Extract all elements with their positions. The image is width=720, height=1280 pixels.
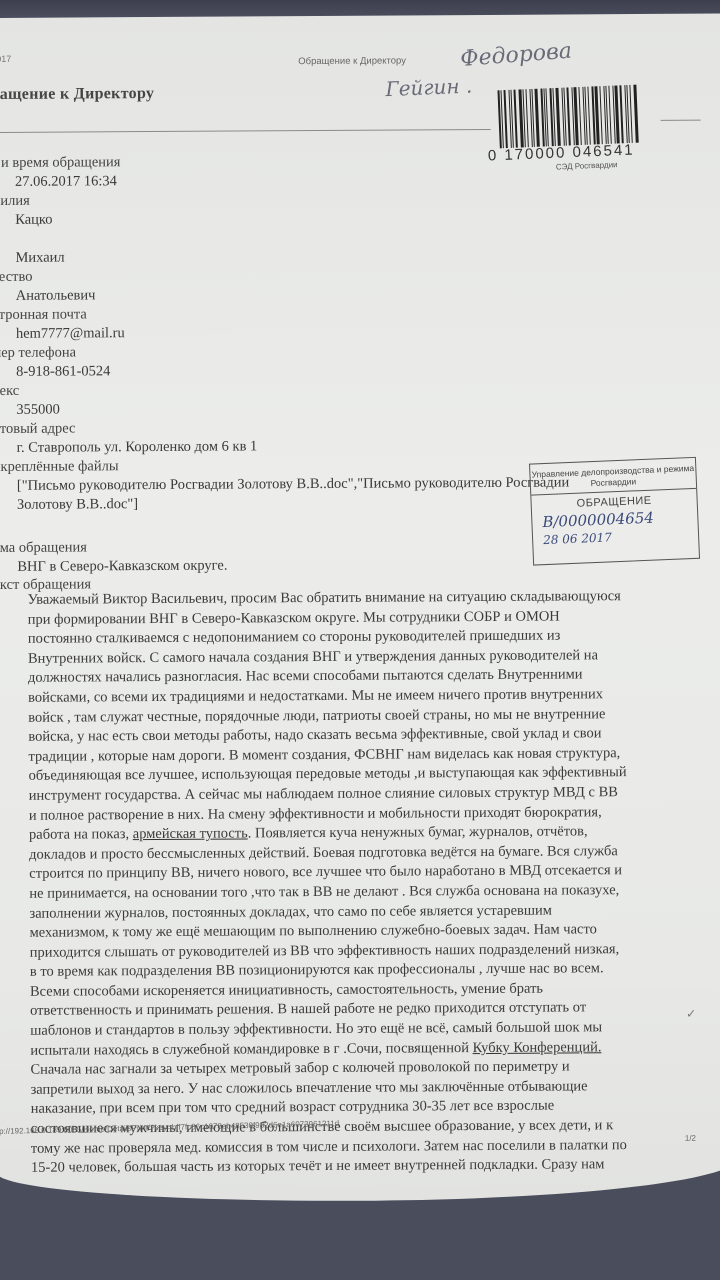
header-center-label: Обращение к Директору	[298, 55, 406, 67]
footer-page-number: 1/2	[685, 1134, 696, 1143]
underlined-phrase: Кубку Конференций.	[473, 1039, 602, 1056]
printed-document: 017 Обращение к Директору Федорова Гейги…	[0, 13, 720, 1202]
applicant-fields: а и время обращения 27.06.2017 16:34 мил…	[0, 150, 587, 515]
registration-stamp: Управление делопроизводства и режима Рос…	[529, 457, 700, 566]
stamp-header: Управление делопроизводства и режима Рос…	[530, 463, 696, 492]
handwritten-note-1: Федорова	[459, 39, 572, 72]
body-line: не принимается, на основании того ,что т…	[29, 881, 684, 905]
underlined-phrase: армейская тупость	[133, 826, 248, 843]
body-line: Уважаемый Виктор Васильевич, просим Вас …	[27, 587, 682, 611]
handwritten-note-2: Гейгин .	[385, 74, 473, 102]
subject-label: ема обращения	[0, 538, 227, 558]
subject-value: ВНГ в Северо-Кавказском округе.	[0, 557, 228, 577]
checkmark-icon: ✓	[686, 1007, 696, 1022]
body-line: в то время как подразделения ВВ позицион…	[30, 959, 685, 983]
document-title: ращение к Директору	[0, 85, 154, 104]
field-value-attachments: ["Письмо руководителю Росгвадии Золотову…	[0, 473, 587, 515]
appeal-body-text: Уважаемый Виктор Васильевич, просим Вас …	[27, 587, 686, 1179]
title-divider-right	[661, 120, 701, 121]
title-divider	[0, 129, 491, 133]
barcode-icon	[497, 85, 639, 149]
subject-section: ема обращения ВНГ в Северо-Кавказском ок…	[0, 538, 228, 577]
body-line: 15-20 человек, большая часть из которых …	[31, 1155, 686, 1179]
header-page-fragment: 017	[0, 54, 11, 64]
